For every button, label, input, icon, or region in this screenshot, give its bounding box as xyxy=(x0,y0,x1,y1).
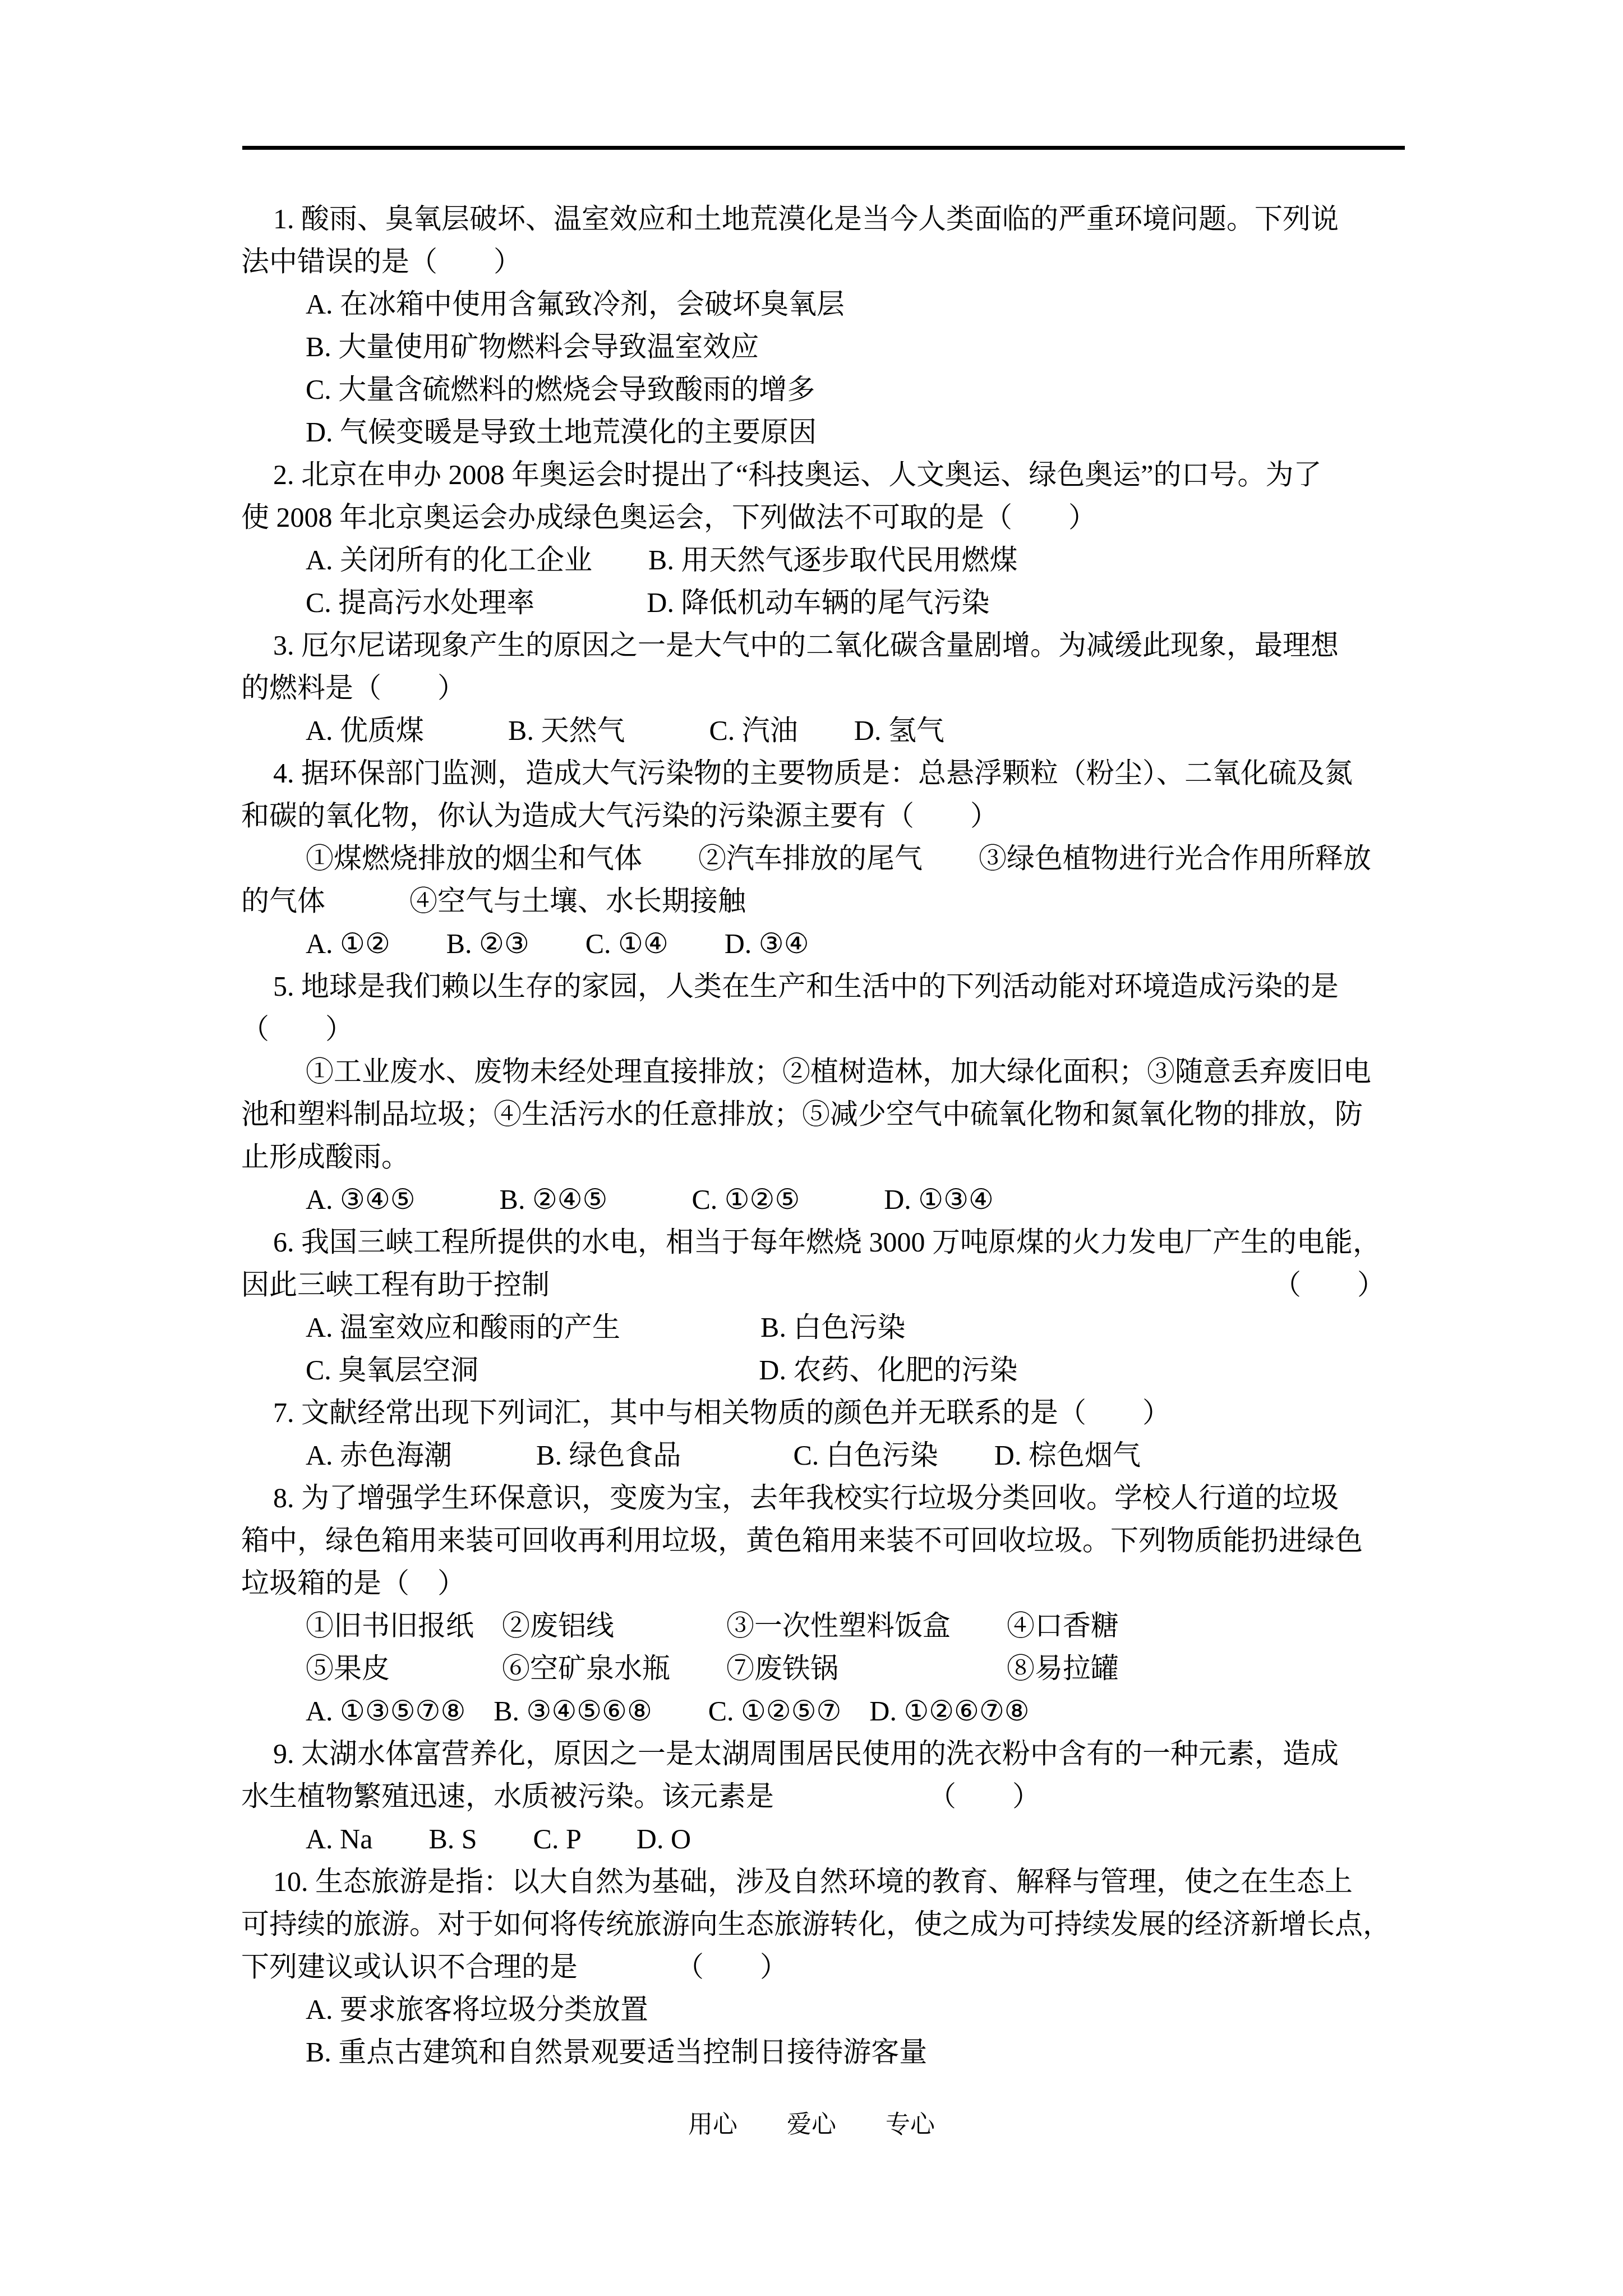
answer-brackets: （ ） xyxy=(1273,1263,1385,1306)
q5-stem-line-2: （ ） xyxy=(241,1007,1385,1050)
q8-stem-line-3: 垃圾箱的是（ ） xyxy=(241,1562,1385,1604)
q9-stem-line-2: 水生植物繁殖迅速，水质被污染。该元素是 （ ） xyxy=(241,1775,1385,1818)
exam-document-page: 1. 酸雨、臭氧层破坏、温室效应和土地荒漠化是当今人类面临的严重环境问题。下列说… xyxy=(0,0,1623,2296)
q8-stem-line-1: 8. 为了增强学生环保意识，变废为宝，去年我校实行垃圾分类回收。学校人行道的垃圾 xyxy=(241,1476,1385,1519)
q10-stem-line-1: 10. 生态旅游是指：以大自然为基础，涉及自然环境的教育、解释与管理，使之在生态… xyxy=(241,1860,1385,1903)
q4-stem-line-1: 4. 据环保部门监测，造成大气污染物的主要物质是：总悬浮颗粒（粉尘）、二氧化硫及… xyxy=(241,752,1385,794)
q6-stem-line-2: （ ）因此三峡工程有助于控制 xyxy=(241,1263,1385,1306)
q6-stem-line-1: 6. 我国三峡工程所提供的水电，相当于每年燃烧 3000 万吨原煤的火力发电厂产… xyxy=(241,1221,1385,1263)
q3-options: A. 优质煤 B. 天然气 C. 汽油 D. 氢气 xyxy=(241,709,1385,752)
q3-stem-line-1: 3. 厄尔尼诺现象产生的原因之一是大气中的二氧化碳含量剧增。为减缓此现象，最理想 xyxy=(241,624,1385,666)
q10-option-A: A. 要求旅客将垃圾分类放置 xyxy=(241,1988,1385,2031)
q8-options: A. ①③⑤⑦⑧ B. ③④⑤⑥⑧ C. ①②⑤⑦ D. ①②⑥⑦⑧ xyxy=(241,1690,1385,1732)
q2-stem-line-1: 2. 北京在申办 2008 年奥运会时提出了“科技奥运、人文奥运、绿色奥运”的口… xyxy=(241,453,1385,496)
q4-options: A. ①② B. ②③ C. ①④ D. ③④ xyxy=(241,922,1385,965)
q2-options-AB: A. 关闭所有的化工企业 B. 用天然气逐步取代民用燃煤 xyxy=(241,539,1385,581)
q7-stem: 7. 文献经常出现下列词汇，其中与相关物质的颜色并无联系的是（ ） xyxy=(241,1391,1385,1434)
q1-stem-line-2: 法中错误的是（ ） xyxy=(241,240,1385,283)
q5-options: A. ③④⑤ B. ②④⑤ C. ①②⑤ D. ①③④ xyxy=(241,1178,1385,1221)
q9-options: A. Na B. S C. P D. O xyxy=(241,1818,1385,1860)
q6-options-AB: A. 温室效应和酸雨的产生 B. 白色污染 xyxy=(241,1306,1385,1349)
q1-stem-line-1: 1. 酸雨、臭氧层破坏、温室效应和土地荒漠化是当今人类面临的严重环境问题。下列说 xyxy=(241,197,1385,240)
q8-items-line-2: ⑤果皮 ⑥空矿泉水瓶 ⑦废铁锅 ⑧易拉罐 xyxy=(241,1647,1385,1690)
q1-option-C: C. 大量含硫燃料的燃烧会导致酸雨的增多 xyxy=(241,368,1385,411)
q2-stem-line-2: 使 2008 年北京奥运会办成绿色奥运会，下列做法不可取的是（ ） xyxy=(241,496,1385,539)
q5-items-line-2: 池和塑料制品垃圾；④生活污水的任意排放；⑤减少空气中硫氧化物和氮氧化物的排放，防 xyxy=(241,1093,1385,1135)
q8-stem-line-2: 箱中，绿色箱用来装可回收再利用垃圾，黄色箱用来装不可回收垃圾。下列物质能扔进绿色 xyxy=(241,1519,1385,1562)
q5-items-line-1: ①工业废水、废物未经处理直接排放；②植树造林，加大绿化面积；③随意丢弃废旧电 xyxy=(241,1050,1385,1093)
q4-items-line-2: 的气体 ④空气与土壤、水长期接触 xyxy=(241,880,1385,922)
page-footer: 用心 爱心 专心 xyxy=(0,2108,1623,2142)
q3-stem-line-2: 的燃料是（ ） xyxy=(241,666,1385,709)
q5-items-line-3: 止形成酸雨。 xyxy=(241,1135,1385,1178)
q4-stem-line-2: 和碳的氧化物，你认为造成大气污染的污染源主要有（ ） xyxy=(241,794,1385,837)
q2-options-CD: C. 提高污水处理率 D. 降低机动车辆的尾气污染 xyxy=(241,581,1385,624)
q10-stem-line-2: 可持续的旅游。对于如何将传统旅游向生态旅游转化，使之成为可持续发展的经济新增长点… xyxy=(241,1903,1385,1945)
q7-options: A. 赤色海潮 B. 绿色食品 C. 白色污染 D. 棕色烟气 xyxy=(241,1434,1385,1476)
q8-items-line-1: ①旧书旧报纸 ②废铝线 ③一次性塑料饭盒 ④口香糖 xyxy=(241,1604,1385,1647)
q10-option-B: B. 重点古建筑和自然景观要适当控制日接待游客量 xyxy=(241,2031,1385,2073)
q10-stem-line-3: 下列建议或认识不合理的是 （ ） xyxy=(241,1945,1385,1988)
q4-items-line-1: ①煤燃烧排放的烟尘和气体 ②汽车排放的尾气 ③绿色植物进行光合作用所释放 xyxy=(241,837,1385,880)
q9-stem-line-1: 9. 太湖水体富营养化，原因之一是太湖周围居民使用的洗衣粉中含有的一种元素，造成 xyxy=(241,1732,1385,1775)
q1-option-A: A. 在冰箱中使用含氟致冷剂，会破坏臭氧层 xyxy=(241,283,1385,325)
question-list: 1. 酸雨、臭氧层破坏、温室效应和土地荒漠化是当今人类面临的严重环境问题。下列说… xyxy=(241,197,1385,2073)
q5-stem-line-1: 5. 地球是我们赖以生存的家园，人类在生产和生活中的下列活动能对环境造成污染的是 xyxy=(241,965,1385,1007)
q1-option-B: B. 大量使用矿物燃料会导致温室效应 xyxy=(241,325,1385,368)
q1-option-D: D. 气候变暖是导致土地荒漠化的主要原因 xyxy=(241,411,1385,453)
q6-options-CD: C. 臭氧层空洞 D. 农药、化肥的污染 xyxy=(241,1349,1385,1391)
header-rule xyxy=(242,146,1405,150)
